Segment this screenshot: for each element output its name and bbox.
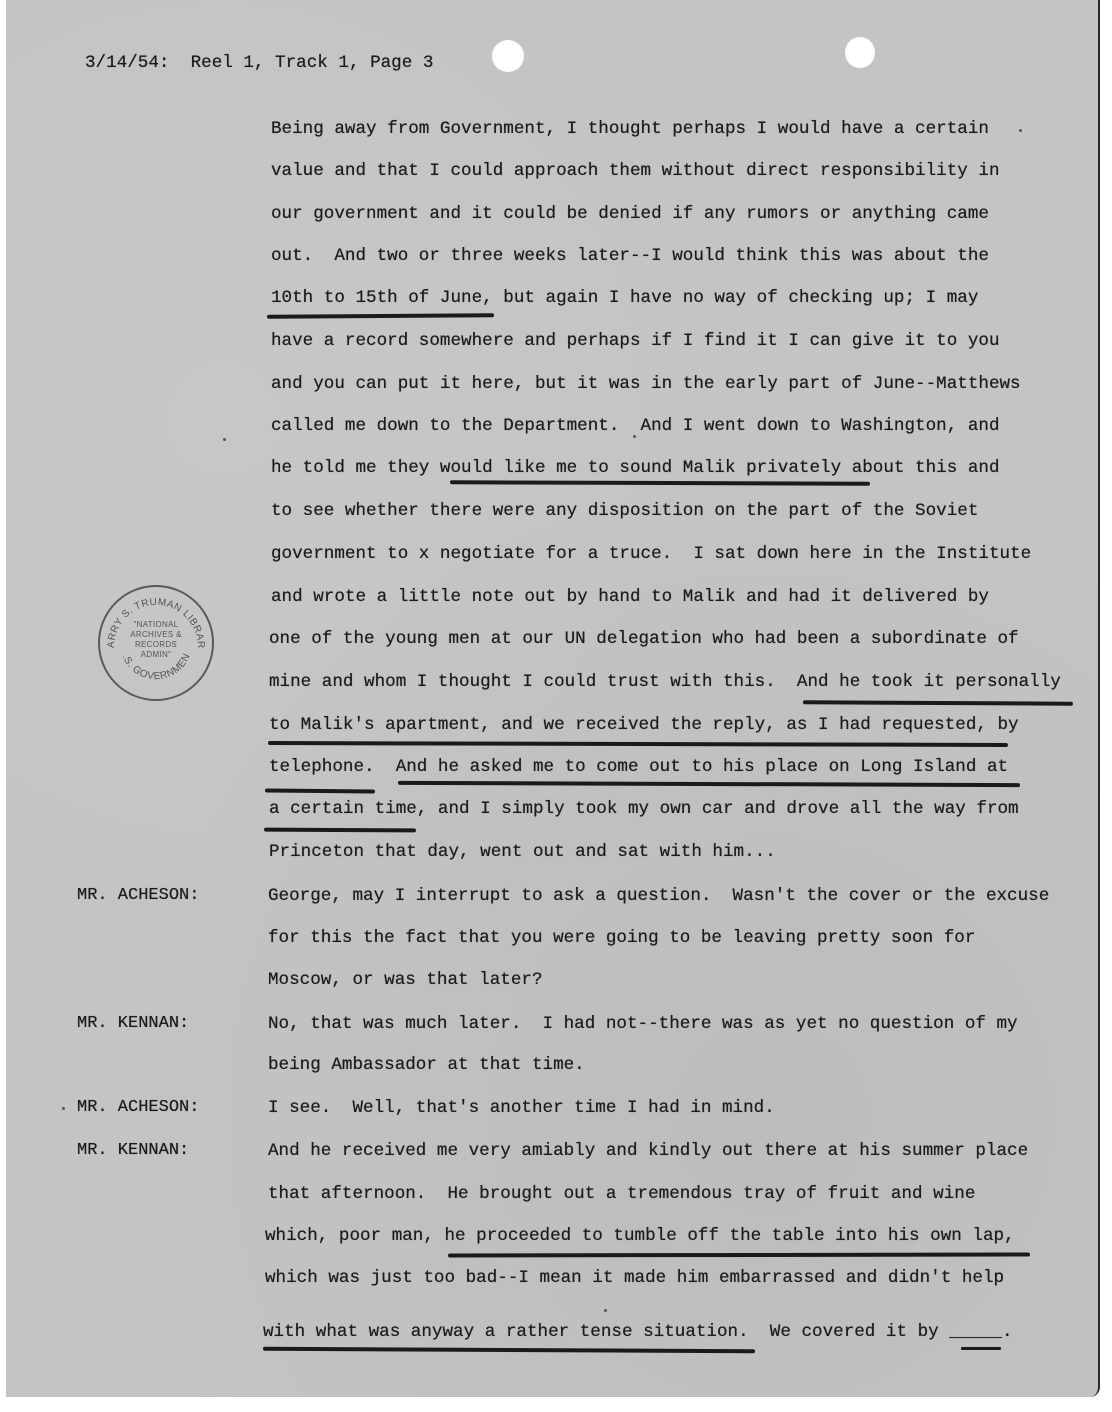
stamp-line: RECORDS <box>100 640 212 650</box>
paper-speck <box>62 1107 65 1110</box>
text-line: being Ambassador at that time. <box>268 1055 585 1075</box>
hole-punch-right <box>845 37 875 68</box>
text-line: a certain time, and I simply took my own… <box>269 799 1019 819</box>
text-line: and wrote a little note out by hand to M… <box>271 587 989 607</box>
stamp-inner-text: "NATIONAL ARCHIVES & RECORDS ADMIN" <box>100 620 212 660</box>
stamp-line: ADMIN" <box>100 650 212 660</box>
text-line: value and that I could approach them wit… <box>271 161 1000 181</box>
text-line: mine and whom I thought I could trust wi… <box>269 672 1061 692</box>
hole-punch-left <box>492 40 524 72</box>
text-line: 10th to 15th of June, but again I have n… <box>271 288 978 308</box>
text-line: I see. Well, that's another time I had i… <box>268 1098 775 1118</box>
text-line: government to x negotiate for a truce. I… <box>271 544 1031 564</box>
paper-speck <box>223 438 226 441</box>
text-line: No, that was much later. I had not--ther… <box>268 1014 1018 1034</box>
text-line: which was just too bad--I mean it made h… <box>265 1268 1004 1288</box>
paper-speck <box>633 435 636 438</box>
text-line: he told me they would like me to sound M… <box>271 458 1000 478</box>
text-line: Princeton that day, went out and sat wit… <box>269 842 776 862</box>
speaker-label: MR. ACHESON: <box>77 886 199 906</box>
text-line: Being away from Government, I thought pe… <box>271 119 989 139</box>
text-line: telephone. And he asked me to come out t… <box>269 757 1008 777</box>
text-line: to see whether there were any dispositio… <box>271 501 978 521</box>
stamp-line: ARCHIVES & <box>100 630 212 640</box>
text-line: to Malik's apartment, and we received th… <box>269 715 1019 735</box>
text-line: one of the young men at our UN delegatio… <box>269 629 1019 649</box>
text-line: which, poor man, he proceeded to tumble … <box>265 1226 1015 1246</box>
text-line: out. And two or three weeks later--I wou… <box>271 246 989 266</box>
paper-speck <box>604 1309 607 1312</box>
text-line: Moscow, or was that later? <box>268 970 543 990</box>
text-line: And he received me very amiably and kind… <box>268 1141 1028 1161</box>
text-line: have a record somewhere and perhaps if I… <box>271 331 1000 351</box>
paper-speck <box>1019 129 1022 132</box>
stamp-line: "NATIONAL <box>100 620 212 630</box>
text-line: called me down to the Department. And I … <box>271 416 1000 436</box>
truman-library-stamp: HARRY S. TRUMAN LIBRARY U.S. GOVERNMENT … <box>98 585 214 701</box>
page-header: 3/14/54: Reel 1, Track 1, Page 3 <box>85 53 433 73</box>
text-line: that afternoon. He brought out a tremend… <box>268 1184 975 1204</box>
text-line: George, may I interrupt to ask a questio… <box>268 886 1049 906</box>
text-line: our government and it could be denied if… <box>271 204 989 224</box>
handwritten-underline <box>264 828 416 833</box>
typed-blank-underline <box>961 1347 1001 1350</box>
text-line: with what was anyway a rather tense situ… <box>263 1322 1013 1342</box>
speaker-label: MR. ACHESON: <box>77 1098 199 1118</box>
speaker-label: MR. KENNAN: <box>77 1141 189 1161</box>
text-line: for this the fact that you were going to… <box>268 928 975 948</box>
text-line: and you can put it here, but it was in t… <box>271 374 1021 394</box>
speaker-label: MR. KENNAN: <box>77 1014 189 1034</box>
